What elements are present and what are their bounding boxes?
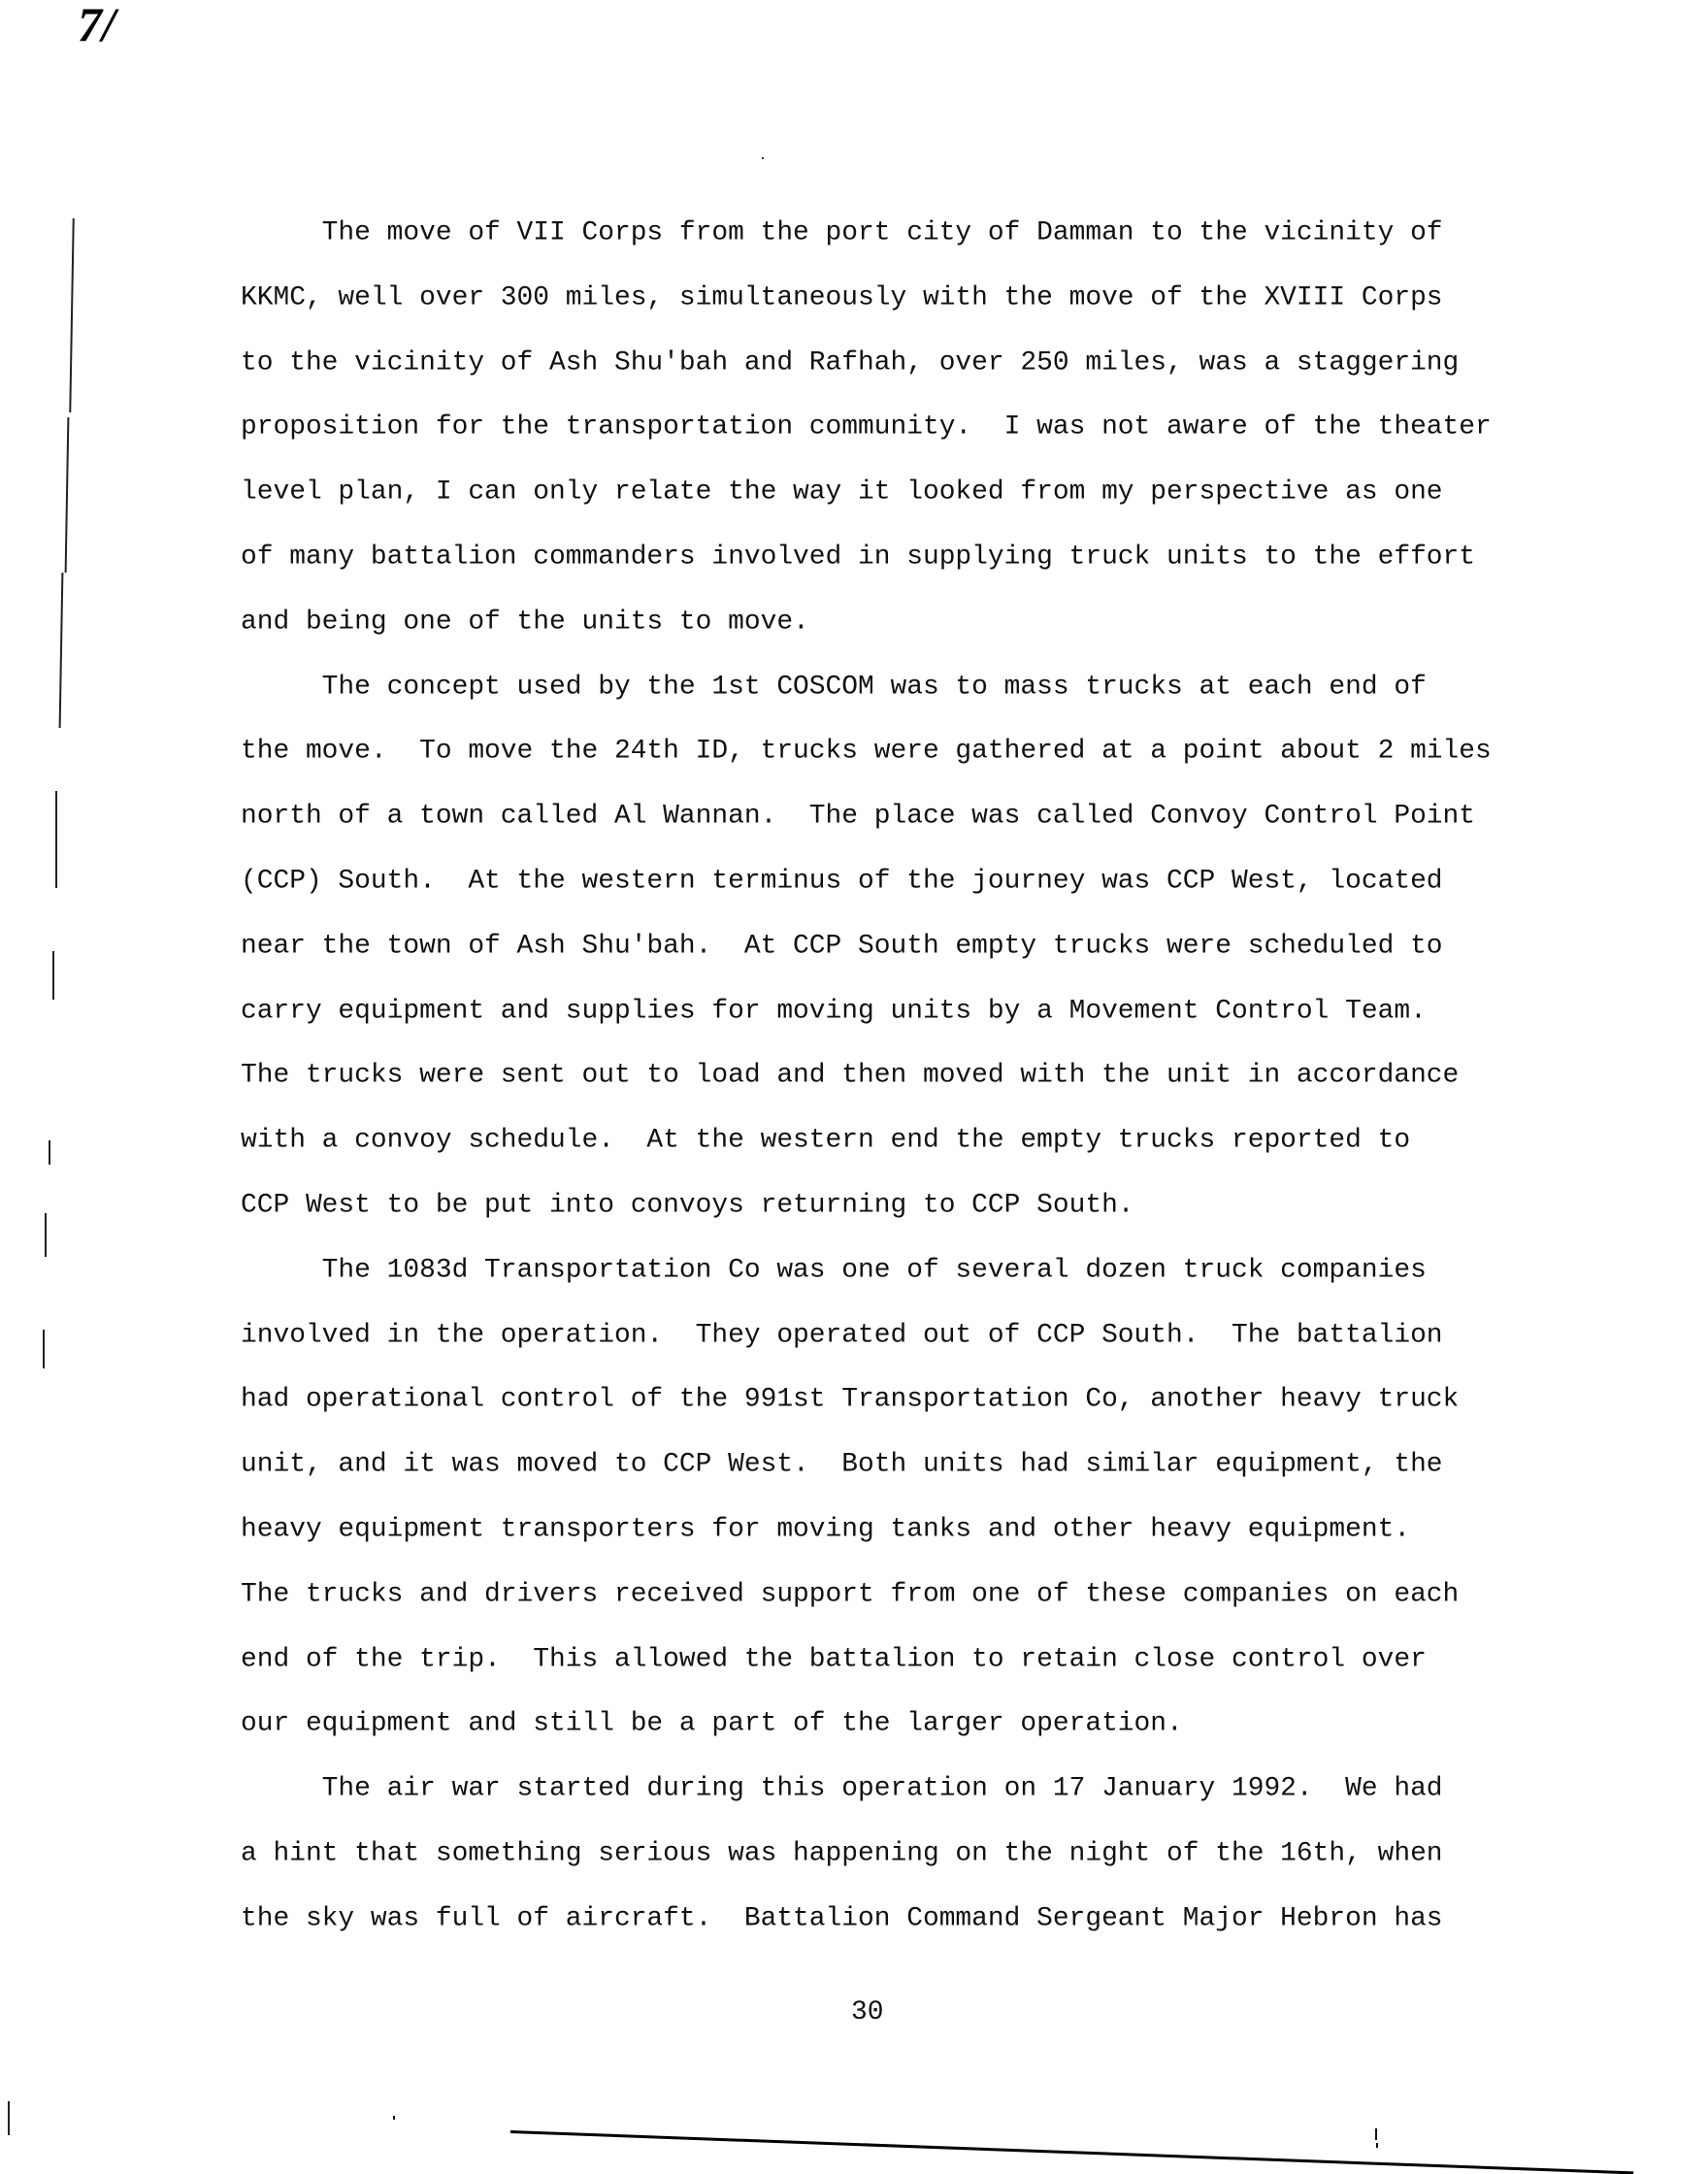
text-line: near the town of Ash Shu'bah. At CCP Sou… xyxy=(241,933,1443,960)
text-line: involved in the operation. They operated… xyxy=(241,1322,1443,1349)
text-line: had operational control of the 991st Tra… xyxy=(241,1387,1459,1414)
margin-scan-line xyxy=(55,791,57,888)
text-line: the sky was full of aircraft. Battalion … xyxy=(241,1905,1443,1932)
margin-scan-line xyxy=(43,1330,45,1368)
text-line: unit, and it was moved to CCP West. Both… xyxy=(241,1452,1443,1479)
text-line: The trucks and drivers received support … xyxy=(241,1581,1459,1608)
margin-scan-line xyxy=(69,218,74,412)
text-line: The trucks were sent out to load and the… xyxy=(241,1063,1459,1090)
paragraph-first-line: The concept used by the 1st COSCOM was t… xyxy=(241,674,1427,701)
text-line: KKMC, well over 300 miles, simultaneousl… xyxy=(241,284,1443,312)
text-line: end of the trip. This allowed the battal… xyxy=(241,1646,1427,1673)
margin-scan-line xyxy=(52,951,54,1000)
text-line: with a convoy schedule. At the western e… xyxy=(241,1128,1410,1155)
margin-scan-line xyxy=(45,1213,47,1257)
text-line: and being one of the units to move. xyxy=(241,609,809,636)
margin-scan-line xyxy=(49,1140,50,1165)
text-line: carry equipment and supplies for moving … xyxy=(241,998,1427,1025)
text-line: proposition for the transportation commu… xyxy=(241,414,1492,442)
scan-tick-mark xyxy=(1376,2143,1378,2148)
paragraph-first-line: The air war started during this operatio… xyxy=(241,1776,1443,1803)
text-line: a hint that something serious was happen… xyxy=(241,1841,1443,1868)
paragraph-first-line: The move of VII Corps from the port city… xyxy=(241,220,1443,247)
text-line: to the vicinity of Ash Shu'bah and Rafha… xyxy=(241,349,1459,377)
text-line: of many battalion commanders involved in… xyxy=(241,544,1475,572)
scan-speck xyxy=(762,157,764,159)
margin-scan-line xyxy=(8,2101,10,2135)
bottom-scan-line xyxy=(510,2130,1633,2174)
text-line: CCP West to be put into convoys returnin… xyxy=(241,1193,1134,1220)
text-line: level plan, I can only relate the way it… xyxy=(241,479,1443,507)
text-line: our equipment and still be a part of the… xyxy=(241,1711,1183,1738)
scan-tick-mark xyxy=(1375,2128,1377,2140)
text-line: heavy equipment transporters for moving … xyxy=(241,1517,1410,1544)
page-number: 30 xyxy=(851,1999,883,2026)
handwritten-corner-mark: 7/ xyxy=(78,0,115,49)
text-line: (CCP) South. At the western terminus of … xyxy=(241,869,1443,896)
margin-scan-line xyxy=(59,573,64,728)
text-line: north of a town called Al Wannan. The pl… xyxy=(241,804,1475,831)
margin-scan-line xyxy=(65,417,70,573)
text-line: the move. To move the 24th ID, trucks we… xyxy=(241,739,1492,766)
scan-tick-mark xyxy=(393,2116,395,2120)
paragraph-first-line: The 1083d Transportation Co was one of s… xyxy=(241,1257,1427,1284)
